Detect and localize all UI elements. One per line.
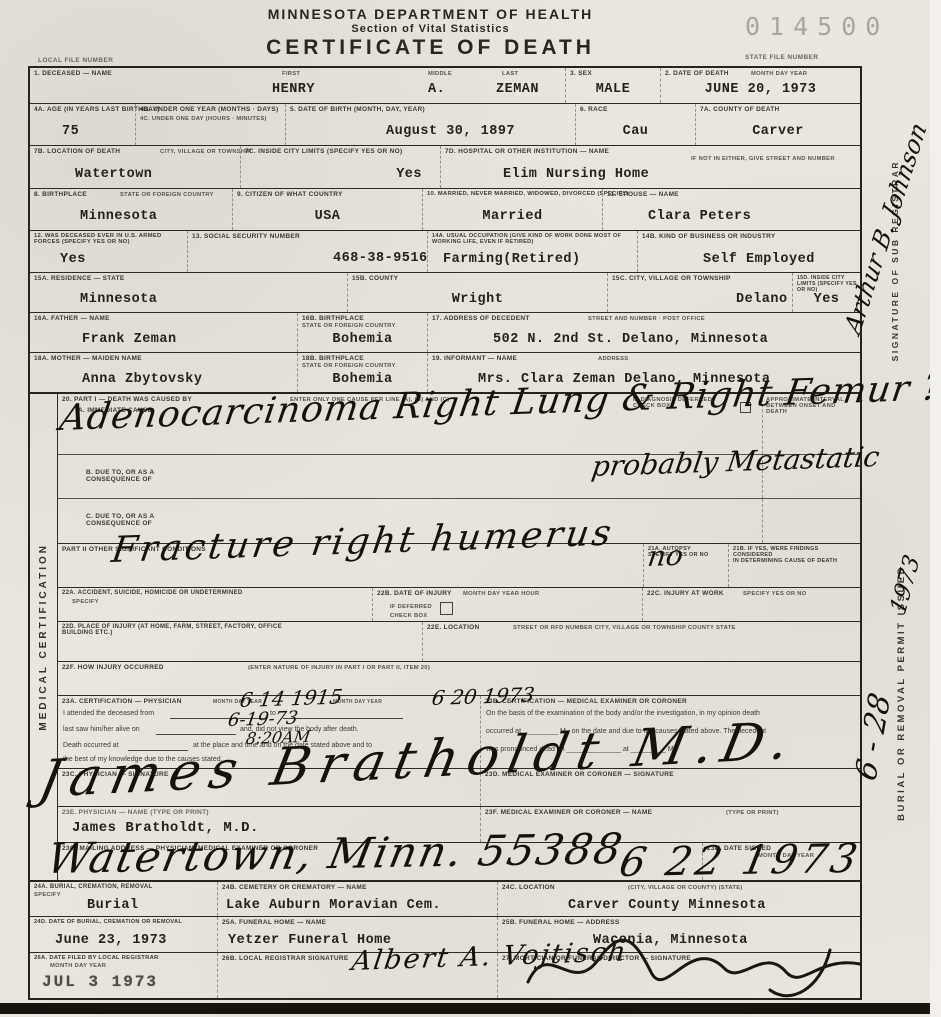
citizen-value: USA [233, 209, 422, 224]
burial-location-sub: (CITY, VILLAGE OR COUNTY) (STATE) [628, 885, 743, 891]
deceased-name-label: 1. DECEASED — NAME [34, 70, 112, 77]
date-of-death-label: 2. DATE OF DEATH [665, 70, 729, 77]
date-signed-handwriting: 6 22 1973 [616, 836, 865, 886]
father-name-value: Frank Zeman [82, 332, 177, 347]
section-subtitle: Section of Vital Statistics [0, 23, 861, 35]
field-occupation: 14a. USUAL OCCUPATION (GIVE KIND OF WORK… [427, 231, 637, 272]
scan-right-edge [930, 0, 941, 1017]
autopsy-handwriting: no [646, 539, 686, 573]
state-file-number-label: STATE FILE NUMBER [745, 54, 818, 61]
field-residence-county: 15b. COUNTY Wright [347, 273, 607, 312]
burial-location-label: 24c. LOCATION [502, 884, 555, 891]
examiner-name-sub: (TYPE OR PRINT) [726, 810, 779, 816]
findings-cell: 21b. IF YES, WERE FINDINGS CONSIDERED IN… [728, 544, 860, 587]
field-father-name: 16a. FATHER — NAME Frank Zeman [30, 313, 297, 352]
residence-city-label: 15c. CITY, VILLAGE OR TOWNSHIP [612, 275, 731, 282]
attended-to-handwriting: 6 20 1973 [430, 682, 536, 710]
mailing-address-handwriting: Watertown, Minn. 55388 [43, 824, 628, 883]
injury-row-2: 22d. PLACE OF INJURY (AT HOME, FARM, STR… [58, 621, 860, 661]
spouse-value: Clara Peters [648, 209, 751, 224]
injury-at-work-cell: 22c. INJURY AT WORK SPECIFY YES OR NO [642, 588, 860, 621]
field-inside-city-limits: 7c. INSIDE CITY LIMITS (SPECIFY YES OR N… [240, 146, 440, 188]
field-deceased-name: 1. DECEASED — NAME FIRST MIDDLE LAST HEN… [30, 68, 565, 103]
place-of-injury-label: 22d. PLACE OF INJURY (AT HOME, FARM, STR… [62, 624, 282, 636]
birthplace-value: Minnesota [80, 209, 157, 224]
decedent-address-label: 17. ADDRESS OF DECEDENT [432, 315, 530, 322]
hospital-value: Elim Nursing Home [503, 167, 649, 182]
residence-city-value: Delano [736, 292, 788, 307]
how-injury-label: 22f. HOW INJURY OCCURRED [62, 664, 164, 671]
local-file-number-label: LOCAL FILE NUMBER [38, 57, 113, 64]
physician-name-label: 23e. PHYSICIAN — NAME (TYPE OR PRINT) [62, 809, 209, 816]
field-industry: 14b. KIND OF BUSINESS OR INDUSTRY Self E… [637, 231, 860, 272]
location-of-death-label: 7b. LOCATION OF DEATH [34, 148, 120, 155]
permit-year-handwriting: 1973 [886, 551, 925, 618]
scan-bottom-edge [0, 1003, 930, 1014]
hospital-sub: IF NOT IN EITHER, GIVE STREET AND NUMBER [691, 156, 835, 162]
place-of-injury-cell: 22d. PLACE OF INJURY (AT HOME, FARM, STR… [58, 622, 422, 661]
location-of-death-value: Watertown [75, 167, 152, 182]
date-filed-sub: MONTH DAY YEAR [50, 963, 106, 969]
registrar-signature-label: 26b. LOCAL REGISTRAR SIGNATURE [222, 955, 349, 962]
burial-type-value: Burial [87, 898, 139, 913]
field-burial-type: 24a. BURIAL, CREMATION, REMOVAL SPECIFY … [30, 882, 217, 916]
last-sub-label: LAST [502, 71, 518, 77]
mother-birthplace-value: Bohemia [298, 372, 427, 387]
spouse-label: 11. SPOUSE — NAME [607, 191, 679, 198]
field-citizen: 9. CITIZEN OF WHAT COUNTRY USA [232, 189, 422, 230]
examiner-name-label: 23f. MEDICAL EXAMINER OR CORONER — NAME [485, 809, 652, 816]
date-of-birth-value: August 30, 1897 [386, 124, 515, 139]
findings-label: 21b. IF YES, WERE FINDINGS CONSIDERED IN… [733, 546, 860, 564]
date-of-birth-label: 5. DATE OF BIRTH (MONTH, DAY, YEAR) [290, 106, 425, 113]
due-to-b-label: B. DUE TO, OR AS A CONSEQUENCE OF [86, 469, 154, 483]
date-of-injury-label: 22b. DATE OF INJURY [377, 590, 452, 597]
date-filed-stamp: JUL 3 1973 [42, 973, 158, 991]
injury-location-label: 22e. LOCATION [427, 624, 480, 631]
field-burial-location: 24c. LOCATION (CITY, VILLAGE OR COUNTY) … [497, 882, 860, 916]
field-under-one-year: 4b. UNDER ONE YEAR (MONTHS · DAYS) 4c. U… [135, 104, 285, 145]
field-birthplace: 8. BIRTHPLACE STATE OR FOREIGN COUNTRY M… [30, 189, 232, 230]
date-of-injury-sub: MONTH DAY YEAR HOUR [463, 591, 539, 597]
field-residence-city: 15c. CITY, VILLAGE OR TOWNSHIP Delano [607, 273, 792, 312]
death-certificate-scan: MINNESOTA DEPARTMENT OF HEALTH Section o… [0, 0, 941, 1017]
field-decedent-address: 17. ADDRESS OF DECEDENT STREET AND NUMBE… [427, 313, 860, 352]
deceased-middle-initial: A. [428, 82, 445, 97]
armed-forces-value: Yes [60, 252, 86, 267]
decedent-address-sub: STREET AND NUMBER · POST OFFICE [588, 316, 705, 322]
physician-certification-label: 23a. CERTIFICATION — PHYSICIAN [62, 698, 182, 705]
occupation-value: Farming(Retired) [443, 252, 581, 267]
field-sex: 3. SEX MALE [565, 68, 660, 103]
deceased-first-name: HENRY [272, 82, 315, 97]
mother-birthplace-sub: STATE OR FOREIGN COUNTRY [302, 363, 396, 369]
cert-line-1: I attended the deceased from [63, 710, 154, 717]
inside-city-limits-label: 7c. INSIDE CITY LIMITS (SPECIFY YES OR N… [245, 148, 402, 155]
field-race: 6. RACE Cau [575, 104, 695, 145]
burial-location-value: Carver County Minnesota [568, 898, 766, 913]
residence-state-value: Minnesota [80, 292, 157, 307]
field-ssn: 13. SOCIAL SECURITY NUMBER 468-38-9516 [187, 231, 427, 272]
burial-date-label: 24d. DATE OF BURIAL, CREMATION OR REMOVA… [34, 919, 209, 925]
under-one-year-label: 4b. UNDER ONE YEAR (MONTHS · DAYS) [140, 106, 278, 113]
ssn-label: 13. SOCIAL SECURITY NUMBER [192, 233, 300, 240]
informant-sub: ADDRESS [598, 356, 628, 362]
cemetery-value: Lake Auburn Moravian Cem. [226, 898, 441, 913]
accident-sub: SPECIFY [72, 599, 99, 605]
burial-date-value: June 23, 1973 [55, 933, 167, 948]
cemetery-label: 24b. CEMETERY OR CREMATORY — NAME [222, 884, 367, 891]
middle-sub-label: MIDDLE [428, 71, 452, 77]
field-hospital: 7d. HOSPITAL OR OTHER INSTITUTION — NAME… [440, 146, 860, 188]
field-marital-status: 10. MARRIED, NEVER MARRIED, WIDOWED, DIV… [422, 189, 602, 230]
field-date-filed: 26a. DATE FILED BY LOCAL REGISTRAR MONTH… [30, 953, 217, 998]
race-value: Cau [576, 124, 695, 139]
birthplace-label: 8. BIRTHPLACE [34, 191, 87, 198]
industry-label: 14b. KIND OF BUSINESS OR INDUSTRY [642, 233, 776, 240]
cert-line-2: last saw him/her alive on [63, 726, 140, 733]
field-armed-forces: 12. WAS DECEASED EVER IN U.S. ARMED FORC… [30, 231, 187, 272]
residence-county-value: Wright [348, 292, 607, 307]
decedent-address-value: 502 N. 2nd St. Delano, Minnesota [493, 332, 768, 347]
date-of-death-value: JUNE 20, 1973 [661, 82, 860, 97]
citizen-label: 9. CITIZEN OF WHAT COUNTRY [237, 191, 343, 198]
mother-name-value: Anna Zbytovsky [82, 372, 202, 387]
if-deferred-label: IF DEFERRED [390, 604, 432, 610]
check-box-label: CHECK BOX [390, 613, 427, 619]
field-location-of-death: 7b. LOCATION OF DEATH CITY, VILLAGE OR T… [30, 146, 240, 188]
interval-column-c [762, 499, 860, 544]
father-birthplace-label: 16b. BIRTHPLACE [302, 315, 364, 322]
burial-type-sub: SPECIFY [34, 892, 61, 898]
sex-label: 3. SEX [570, 70, 592, 77]
field-date-of-birth: 5. DATE OF BIRTH (MONTH, DAY, YEAR) Augu… [285, 104, 575, 145]
field-date-of-death: 2. DATE OF DEATH MONTH DAY YEAR JUNE 20,… [660, 68, 860, 103]
father-name-label: 16a. FATHER — NAME [34, 315, 110, 322]
marital-status-label: 10. MARRIED, NEVER MARRIED, WIDOWED, DIV… [427, 191, 629, 197]
father-birthplace-sub: STATE OR FOREIGN COUNTRY [302, 323, 396, 329]
inside-city-limits-value: Yes [396, 167, 422, 182]
burial-type-label: 24a. BURIAL, CREMATION, REMOVAL [34, 884, 152, 890]
location-of-death-sub: CITY, VILLAGE OR TOWNSHIP [160, 149, 251, 155]
field-mother-name: 18a. MOTHER — MAIDEN NAME Anna Zbytovsky [30, 353, 297, 392]
injury-at-work-sub: SPECIFY YES OR NO [743, 591, 807, 597]
certificate-title: CERTIFICATE OF DEATH [0, 36, 861, 60]
funeral-home-address-label: 25b. FUNERAL HOME — ADDRESS [502, 919, 620, 926]
father-birthplace-value: Bohemia [298, 332, 427, 347]
accident-label: 22a. ACCIDENT, SUICIDE, HOMICIDE OR UNDE… [62, 590, 243, 596]
date-of-death-sub: MONTH DAY YEAR [751, 71, 807, 77]
mortician-signature-scrawl [520, 930, 865, 1005]
informant-label: 19. INFORMANT — NAME [432, 355, 517, 362]
ssn-value: 468-38-9516 [333, 251, 428, 266]
residence-county-label: 15b. COUNTY [352, 275, 398, 282]
deceased-last-name: ZEMAN [496, 82, 539, 97]
birthplace-sub: STATE OR FOREIGN COUNTRY [120, 192, 214, 198]
injury-at-work-label: 22c. INJURY AT WORK [647, 590, 724, 597]
mother-birthplace-label: 18b. BIRTHPLACE [302, 355, 364, 362]
field-cemetery: 24b. CEMETERY OR CREMATORY — NAME Lake A… [217, 882, 497, 916]
occupation-label: 14a. USUAL OCCUPATION (GIVE KIND OF WORK… [432, 233, 632, 245]
field-father-birthplace: 16b. BIRTHPLACE STATE OR FOREIGN COUNTRY… [297, 313, 427, 352]
under-one-day-label: 4c. UNDER ONE DAY (HOURS · MINUTES) [140, 116, 267, 122]
medical-certification-margin-text: MEDICAL CERTIFICATION [38, 543, 49, 731]
sex-value: MALE [566, 82, 660, 97]
field-residence-state: 15a. RESIDENCE — STATE Minnesota [30, 273, 347, 312]
how-injury-sub: (ENTER NATURE OF INJURY IN PART I OR PAR… [248, 665, 430, 671]
due-to-c-label: C. DUE TO, OR AS A CONSEQUENCE OF [86, 513, 154, 527]
funeral-home-label: 25a. FUNERAL HOME — NAME [222, 919, 326, 926]
state-file-number-stamp: 014500 [745, 12, 889, 41]
hospital-label: 7d. HOSPITAL OR OTHER INSTITUTION — NAME [445, 148, 609, 155]
armed-forces-label: 12. WAS DECEASED EVER IN U.S. ARMED FORC… [34, 233, 179, 245]
field-spouse: 11. SPOUSE — NAME Clara Peters [602, 189, 860, 230]
if-deferred-checkbox [440, 602, 453, 615]
county-of-death-label: 7a. COUNTY OF DEATH [700, 106, 780, 113]
accident-cell: 22a. ACCIDENT, SUICIDE, HOMICIDE OR UNDE… [58, 588, 372, 621]
age-value: 75 [62, 124, 79, 139]
field-age: 4a. AGE (IN YEARS LAST BIRTHDAY) 75 [30, 104, 135, 145]
field-county-of-death: 7a. COUNTY OF DEATH Carver [695, 104, 860, 145]
county-of-death-value: Carver [696, 124, 860, 139]
residence-state-label: 15a. RESIDENCE — STATE [34, 275, 125, 282]
field-burial-date: 24d. DATE OF BURIAL, CREMATION OR REMOVA… [30, 917, 217, 952]
injury-row-1: 22a. ACCIDENT, SUICIDE, HOMICIDE OR UNDE… [58, 587, 860, 621]
department-title: MINNESOTA DEPARTMENT OF HEALTH [0, 6, 861, 22]
date-filed-label: 26a. DATE FILED BY LOCAL REGISTRAR [34, 955, 159, 961]
race-label: 6. RACE [580, 106, 608, 113]
first-sub-label: FIRST [282, 71, 300, 77]
injury-location-sub: STREET OR RFD NUMBER CITY, VILLAGE OR TO… [513, 625, 736, 631]
mother-name-label: 18a. MOTHER — MAIDEN NAME [34, 355, 142, 362]
marital-status-value: Married [423, 209, 602, 224]
industry-value: Self Employed [703, 252, 815, 267]
injury-location-cell: 22e. LOCATION STREET OR RFD NUMBER CITY,… [422, 622, 860, 661]
